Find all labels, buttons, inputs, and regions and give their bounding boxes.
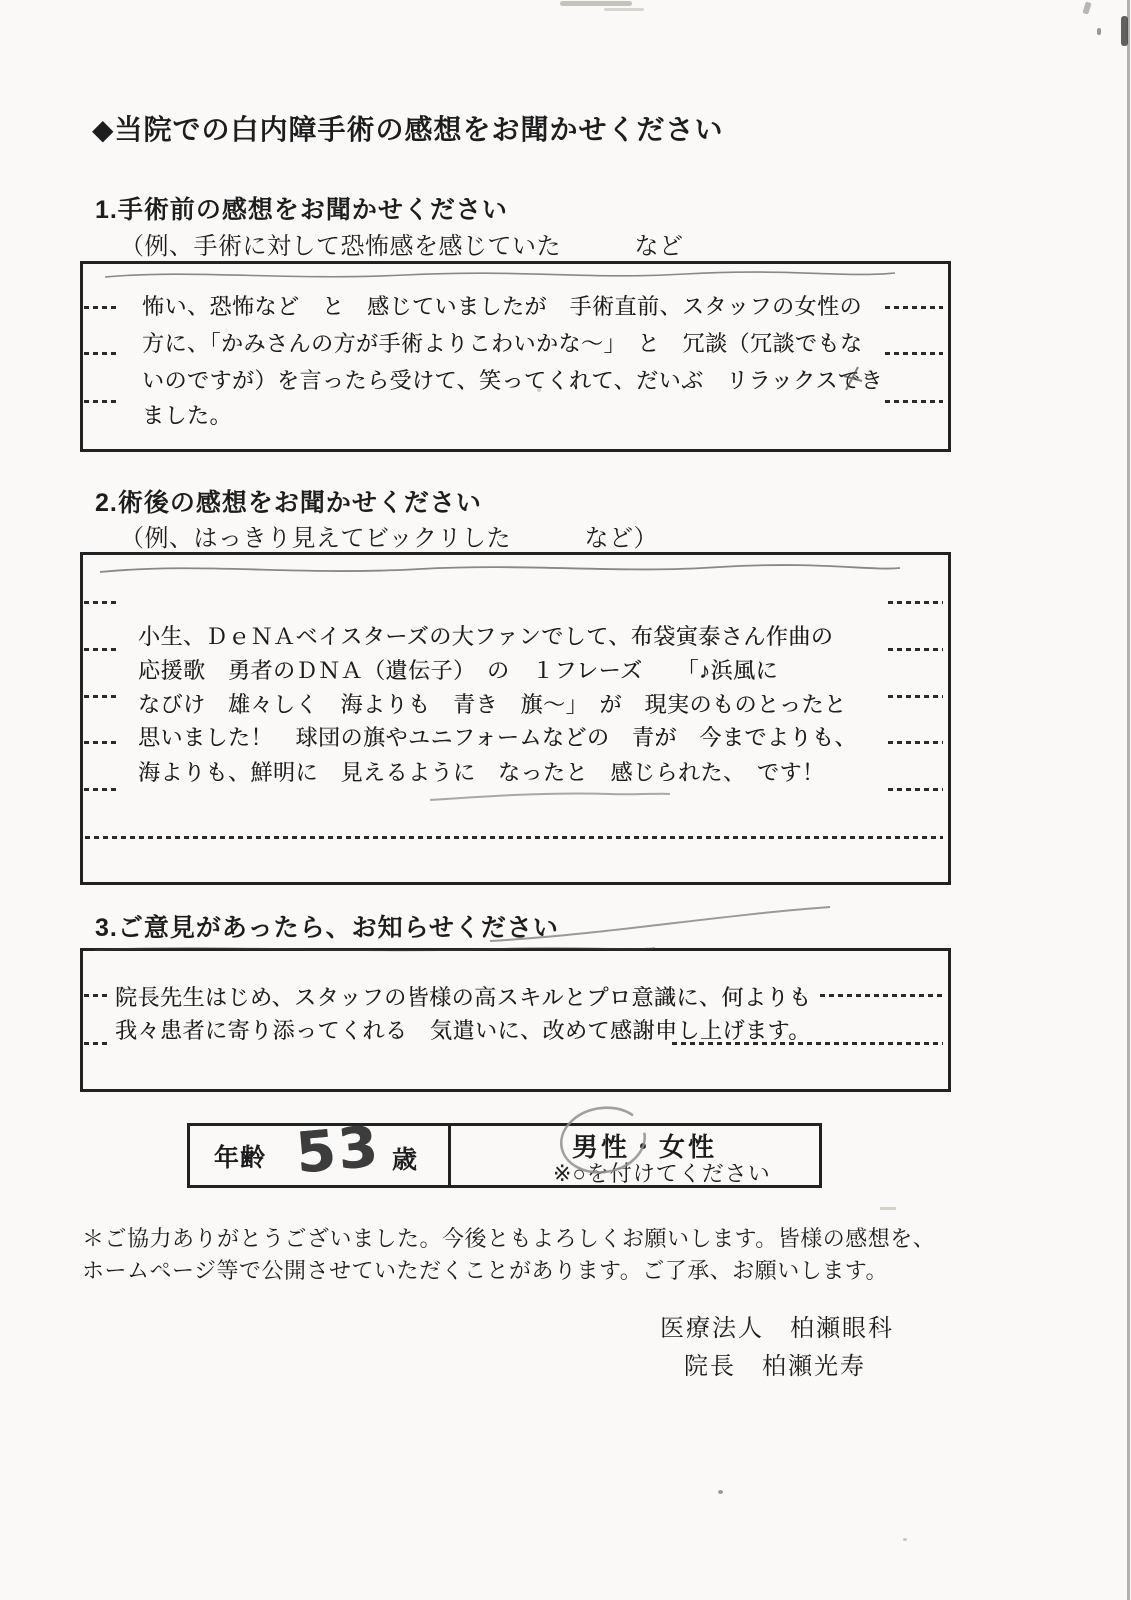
- scan-blob-top-right: [1121, 16, 1128, 46]
- answer2-line: 思いました！ 球団の旗やユニフォームなどの 青が 今までよりも、: [138, 721, 857, 752]
- age-value-handwritten: 53: [293, 1114, 382, 1186]
- ruled-line-stub: [84, 648, 116, 651]
- ruled-line-stub: [84, 306, 120, 309]
- answer3-line: 我々患者に寄り添ってくれる 気遣いに、改めて感謝申し上げます。: [115, 1014, 811, 1045]
- scanned-questionnaire-page: ◆当院での白内障手術の感想をお聞かせください 1.手術前の感想をお聞かせください…: [0, 0, 1131, 1600]
- ruled-line-stub: [888, 741, 943, 744]
- paper-edge-diagonal: [490, 903, 830, 945]
- section2-heading: 2.術後の感想をお聞かせください: [95, 483, 482, 519]
- answer1-line: いのですが）を言ったら受けて、笑ってくれて、だいぶ リラックスでき: [142, 364, 883, 395]
- ruled-line-stub: [84, 788, 116, 791]
- section1-example: （例、手術に対して恐怖感を感じていた など: [120, 226, 684, 261]
- stray-mark: [843, 364, 865, 394]
- age-unit: 歳: [392, 1140, 418, 1176]
- section1-heading: 1.手術前の感想をお聞かせください: [95, 190, 508, 226]
- scan-mark-top-right: [1082, 1, 1091, 14]
- ruled-line-stub: [888, 648, 943, 651]
- scan-speck: [903, 1538, 907, 1541]
- answer1-line: 方に、「かみさんの方が手術よりこわいかな～」 と 冗談（冗談でもな: [142, 327, 863, 358]
- gender-selection-circle: [550, 1098, 670, 1188]
- ruled-line-stub: [820, 994, 943, 997]
- answer2-line: 海よりも、鮮明に 見えるように なったと 感じられた、 です！: [138, 756, 825, 787]
- ruled-line-stub: [888, 788, 943, 791]
- scan-speck: [718, 1490, 723, 1494]
- scan-speck: [880, 1207, 896, 1210]
- ruled-line-stub: [888, 695, 943, 698]
- scan-dot-top-right: [1097, 28, 1101, 35]
- footer-note-line: ＊ご協力ありがとうございました。今後ともよろしくお願いします。皆様の感想を、: [82, 1222, 935, 1253]
- ruled-line-stub: [885, 352, 943, 355]
- ruled-line-full: [85, 836, 943, 839]
- signature-organization: 医療法人 柏瀬眼科: [660, 1308, 894, 1343]
- ruled-line-stub: [885, 306, 943, 309]
- ruled-line-stub: [885, 400, 943, 403]
- paper-edge-wave-1: [105, 266, 895, 284]
- paper-edge-wave-2: [100, 558, 900, 580]
- ruled-line-stub: [84, 601, 116, 604]
- scan-smudge-top: [560, 1, 632, 6]
- answer1-line: ました。: [142, 399, 232, 430]
- ruled-line-stub: [84, 741, 116, 744]
- ruled-line-stub: [888, 601, 943, 604]
- answer2-line: なびけ 雄々しく 海よりも 青き 旗～」 が 現実のものとったと: [138, 688, 847, 719]
- paper-edge-wave-3: [95, 942, 655, 958]
- answer1-line: 怖い、恐怖など と 感じていましたが 手術直前、スタッフの女性の: [142, 290, 862, 321]
- scan-speck: [537, 388, 541, 392]
- scan-edge-shadow: [1127, 0, 1130, 1600]
- signature-director: 院長 柏瀬光寿: [684, 1346, 866, 1381]
- scan-smear: [430, 790, 670, 804]
- scan-speck: [160, 1268, 164, 1271]
- ruled-line-stub: [84, 1042, 110, 1045]
- answer2-line: 小生、ＤｅＮＡベイスターズの大ファンでして、布袋寅泰さん作曲の: [138, 620, 833, 651]
- answer2-line: 応援歌 勇者のＤＮＡ（遺伝子） の １フレーズ 「♪浜風に: [138, 654, 778, 685]
- ruled-line-stub: [84, 400, 120, 403]
- answer3-line: 院長先生はじめ、スタッフの皆様の高スキルとプロ意識に、何よりも: [115, 981, 811, 1012]
- ruled-line-stub: [84, 994, 110, 997]
- page-title: ◆当院での白内障手術の感想をお聞かせください: [92, 108, 724, 148]
- footer-note-line: ホームページ等で公開させていただくことがあります。ご了承、お願いします。: [82, 1254, 888, 1285]
- age-label: 年齢: [214, 1138, 266, 1174]
- scan-smudge-top-2: [604, 8, 644, 11]
- section2-example: （例、はっきり見えてビックリした など）: [120, 518, 658, 553]
- ruled-line-stub: [84, 352, 120, 355]
- profile-table-divider: [448, 1123, 451, 1185]
- ruled-line-stub: [84, 695, 116, 698]
